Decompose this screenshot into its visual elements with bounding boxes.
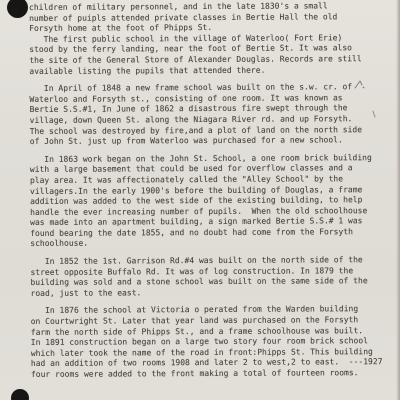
text-line: available listing the pupils that attend… — [29, 65, 389, 77]
text-line: building was sold and a stone school was… — [30, 276, 390, 288]
pencil-squiggle-icon — [353, 79, 367, 91]
text-line: schoolhouse. — [30, 238, 390, 250]
text-line: the site of the General Store of Alexand… — [29, 54, 389, 66]
paragraph: In April of 1848 a new frame school was … — [29, 82, 389, 147]
paragraph: In 1852 the 1st. Garrison Rd.#4 was buil… — [30, 255, 390, 299]
text-line: of John St. just up from Waterloo was pu… — [30, 135, 390, 147]
text-line: road, just to the east. — [31, 287, 391, 299]
page-edge-shadow — [396, 0, 400, 400]
punch-hole-top-icon — [7, 0, 28, 18]
paragraph: The first public school in the village o… — [29, 33, 389, 77]
paragraph: children of military personnel, and in t… — [29, 1, 389, 35]
paragraph: In 1863 work began on the John St. Schoo… — [30, 153, 390, 250]
scanned-document-page: children of military personnel, and in t… — [0, 0, 400, 400]
punch-hole-bottom-icon — [11, 389, 29, 400]
pencil-tick-icon — [371, 110, 377, 118]
text-line: four rooms were added to the front makin… — [31, 368, 391, 380]
paragraph: In 1876 the school at Victoria o perated… — [31, 304, 391, 380]
document-text: children of military personnel, and in t… — [29, 1, 391, 380]
